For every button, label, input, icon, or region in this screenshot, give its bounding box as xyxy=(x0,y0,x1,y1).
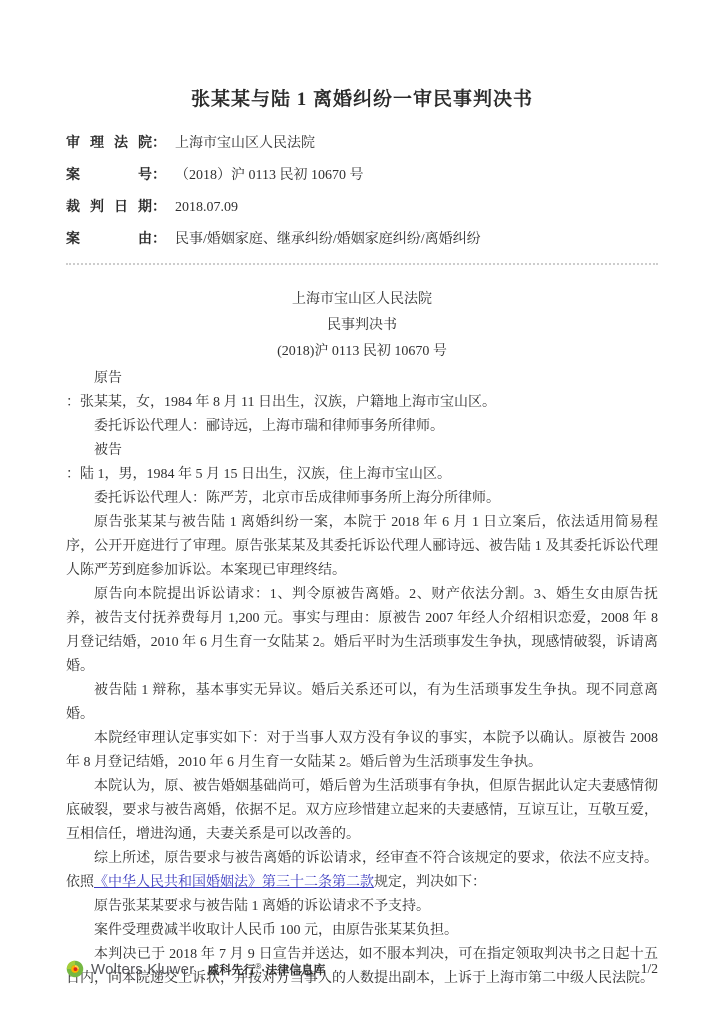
paragraph-defense: 被告陆 1 辩称，基本事实无异议。婚后关系还可以，有为生活琐事发生争执。现不同意… xyxy=(66,679,658,727)
defendant-agent: 委托诉讼代理人：陈严芳，北京市岳成律师事务所上海分所律师。 xyxy=(66,487,658,511)
meta-row-judgment-date: 裁判日期 ： 2018.07.09 xyxy=(66,199,658,216)
paragraph-facts: 本院经审理认定事实如下：对于当事人双方没有争议的事实，本院予以确认。原被告 20… xyxy=(66,727,658,775)
product-suffix: ·法律信息库 xyxy=(261,963,325,977)
meta-row-case-number: 案号 ： （2018）沪 0113 民初 10670 号 xyxy=(66,167,658,184)
plaintiff-role-label: 原告 xyxy=(66,367,658,391)
meta-colon: ： xyxy=(152,167,166,184)
document-content: 张某某与陆 1 离婚纠纷一审民事判决书 审理法院 ： 上海市宝山区人民法院 案号… xyxy=(0,0,724,991)
document-type: 民事判决书 xyxy=(66,313,658,339)
meta-label-case-number: 案号 xyxy=(66,167,152,184)
meta-colon: ： xyxy=(152,199,166,216)
judgment-document-page: 张某某与陆 1 离婚纠纷一审民事判决书 审理法院 ： 上海市宝山区人民法院 案号… xyxy=(0,0,724,1024)
document-heading-block: 上海市宝山区人民法院 民事判决书 (2018)沪 0113 民初 10670 号 xyxy=(66,287,658,365)
paragraph-fee: 案件受理费减半收取计人民币 100 元，由原告张某某负担。 xyxy=(66,919,658,943)
meta-row-court: 审理法院 ： 上海市宝山区人民法院 xyxy=(66,135,658,152)
section-divider xyxy=(66,263,658,265)
paragraph-opinion: 本院认为，原、被告婚姻基础尚可，婚后曾为生活琐事有争执，但原告据此认定夫妻感情彻… xyxy=(66,775,658,847)
paragraph-conclusion: 综上所述，原告要求与被告离婚的诉讼请求，经审查不符合该规定的要求，依法不应支持。… xyxy=(66,847,658,895)
meta-label-court: 审理法院 xyxy=(66,135,152,152)
brand-name: Wolters Kluwer xyxy=(91,961,194,978)
defendant-detail: ：陆 1，男，1984 年 5 月 15 日出生，汉族，住上海市宝山区。 xyxy=(66,463,658,487)
meta-value-court: 上海市宝山区人民法院 xyxy=(175,135,315,152)
court-name: 上海市宝山区人民法院 xyxy=(66,287,658,313)
conclusion-text-after: 规定，判决如下： xyxy=(374,875,486,890)
plaintiff-detail: ：张某某，女，1984 年 8 月 11 日出生，汉族，户籍地上海市宝山区。 xyxy=(66,391,658,415)
meta-value-judgment-date: 2018.07.09 xyxy=(175,199,238,216)
paragraph-claims: 原告向本院提出诉讼请求：1、判令原被告离婚。2、财产依法分割。3、婚生女由原告抚… xyxy=(66,583,658,679)
law-reference-link[interactable]: 《中华人民共和国婚姻法》第三十二条第二款 xyxy=(94,875,374,890)
meta-row-cause: 案由 ： 民事/婚姻家庭、继承纠纷/婚姻家庭纠纷/离婚纠纷 xyxy=(66,231,658,248)
meta-value-case-number: （2018）沪 0113 民初 10670 号 xyxy=(175,167,363,184)
product-name: 威科先行®·法律信息库 xyxy=(207,961,325,978)
meta-label-judgment-date: 裁判日期 xyxy=(66,199,152,216)
meta-label-cause: 案由 xyxy=(66,231,152,248)
meta-value-cause: 民事/婚姻家庭、继承纠纷/婚姻家庭纠纷/离婚纠纷 xyxy=(175,231,481,248)
case-number-line: (2018)沪 0113 民初 10670 号 xyxy=(66,339,658,365)
meta-colon: ： xyxy=(152,231,166,248)
meta-block: 审理法院 ： 上海市宝山区人民法院 案号 ： （2018）沪 0113 民初 1… xyxy=(66,135,658,248)
meta-colon: ： xyxy=(152,135,166,152)
paragraph-ruling: 原告张某某要求与被告陆 1 离婚的诉讼请求不予支持。 xyxy=(66,895,658,919)
document-body: 原告 ：张某某，女，1984 年 8 月 11 日出生，汉族，户籍地上海市宝山区… xyxy=(66,367,658,991)
page-footer: Wolters Kluwer 威科先行®·法律信息库 1/2 xyxy=(66,960,658,978)
defendant-role-label: 被告 xyxy=(66,439,658,463)
document-title: 张某某与陆 1 离婚纠纷一审民事判决书 xyxy=(66,0,658,111)
wolters-kluwer-logo-icon xyxy=(66,960,84,978)
product-name-cn: 威科先行 xyxy=(207,963,255,977)
paragraph-procedure: 原告张某某与被告陆 1 离婚纠纷一案，本院于 2018 年 6 月 1 日立案后… xyxy=(66,511,658,583)
page-number: 1/2 xyxy=(641,961,658,977)
plaintiff-agent: 委托诉讼代理人：郦诗远，上海市瑞和律师事务所律师。 xyxy=(66,415,658,439)
